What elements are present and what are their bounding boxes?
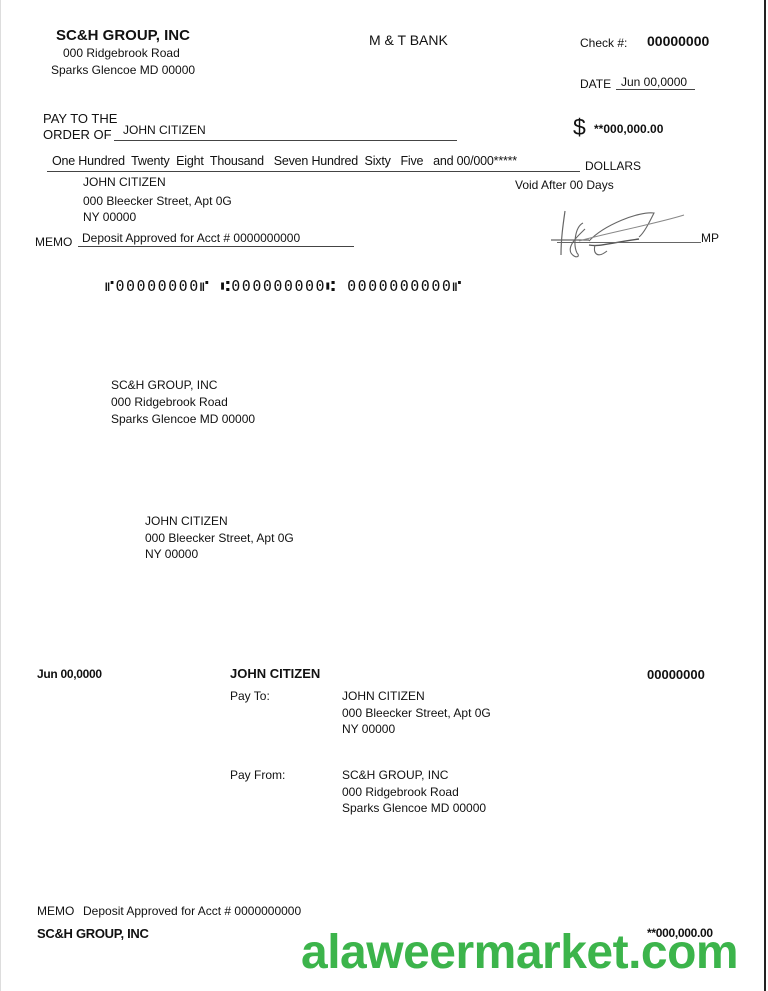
dollar-sign-icon: $ bbox=[573, 114, 586, 141]
payer-address-line2: Sparks Glencoe MD 00000 bbox=[51, 63, 195, 77]
void-notice: Void After 00 Days bbox=[515, 178, 614, 192]
return-address-line2: Sparks Glencoe MD 00000 bbox=[111, 412, 255, 426]
check-date: Jun 00,0000 bbox=[621, 75, 687, 89]
date-label: DATE bbox=[580, 77, 611, 91]
stub-pay-from-line1: 000 Ridgebrook Road bbox=[342, 785, 459, 799]
payer-address-line1: 000 Ridgebrook Road bbox=[63, 46, 180, 60]
stub-memo-text: Deposit Approved for Acct # 0000000000 bbox=[83, 904, 301, 918]
recipient-address-line1: 000 Bleecker Street, Apt 0G bbox=[145, 531, 294, 545]
check-number: 00000000 bbox=[647, 33, 709, 49]
stub-memo-label: MEMO bbox=[37, 904, 74, 918]
stub-date: Jun 00,0000 bbox=[37, 667, 102, 681]
signature-suffix: MP bbox=[701, 231, 719, 245]
stub-pay-from-name: SC&H GROUP, INC bbox=[342, 768, 448, 782]
stub-pay-from-line2: Sparks Glencoe MD 00000 bbox=[342, 801, 486, 815]
payee-underline bbox=[114, 140, 457, 141]
return-address-line1: 000 Ridgebrook Road bbox=[111, 395, 228, 409]
stub-pay-to-label: Pay To: bbox=[230, 689, 270, 703]
return-address-name: SC&H GROUP, INC bbox=[111, 378, 217, 392]
signature-line bbox=[557, 242, 701, 243]
stub-pay-to-name: JOHN CITIZEN bbox=[342, 689, 425, 703]
stub-pay-to-line2: NY 00000 bbox=[342, 722, 395, 736]
pay-to-label-line2: ORDER OF bbox=[43, 127, 112, 142]
signature-icon bbox=[549, 205, 699, 263]
stub-check-number: 00000000 bbox=[647, 667, 705, 682]
stub-pay-from-label: Pay From: bbox=[230, 768, 285, 782]
amount-in-words: One Hundred Twenty Eight Thousand Seven … bbox=[52, 154, 517, 168]
check-document: SC&H GROUP, INC 000 Ridgebrook Road Spar… bbox=[0, 0, 766, 991]
payee-address-name: JOHN CITIZEN bbox=[83, 175, 166, 189]
recipient-address-line2: NY 00000 bbox=[145, 547, 198, 561]
check-amount: **000,000.00 bbox=[594, 122, 663, 136]
watermark-text: alaweermarket.com bbox=[301, 925, 738, 980]
date-underline bbox=[616, 89, 695, 90]
payee-address-line2: NY 00000 bbox=[83, 210, 136, 224]
memo-label: MEMO bbox=[35, 235, 72, 249]
amount-words-underline bbox=[47, 171, 580, 172]
stub-pay-to-line1: 000 Bleecker Street, Apt 0G bbox=[342, 706, 491, 720]
memo-text: Deposit Approved for Acct # 0000000000 bbox=[82, 231, 300, 245]
stub-payee-name: JOHN CITIZEN bbox=[230, 666, 320, 681]
stub-company-name: SC&H GROUP, INC bbox=[37, 926, 149, 941]
payee-name: JOHN CITIZEN bbox=[123, 123, 206, 137]
payer-name: SC&H GROUP, INC bbox=[56, 27, 190, 44]
check-number-label: Check #: bbox=[580, 36, 627, 50]
pay-to-label-line1: PAY TO THE bbox=[43, 111, 117, 126]
memo-underline bbox=[78, 246, 354, 247]
payee-address-line1: 000 Bleecker Street, Apt 0G bbox=[83, 194, 232, 208]
dollars-label: DOLLARS bbox=[585, 159, 641, 173]
bank-name: M & T BANK bbox=[369, 32, 448, 48]
recipient-address-name: JOHN CITIZEN bbox=[145, 514, 228, 528]
micr-line: ⑈00000000⑈ ⑆000000000⑆ 0000000000⑈ bbox=[105, 277, 463, 295]
